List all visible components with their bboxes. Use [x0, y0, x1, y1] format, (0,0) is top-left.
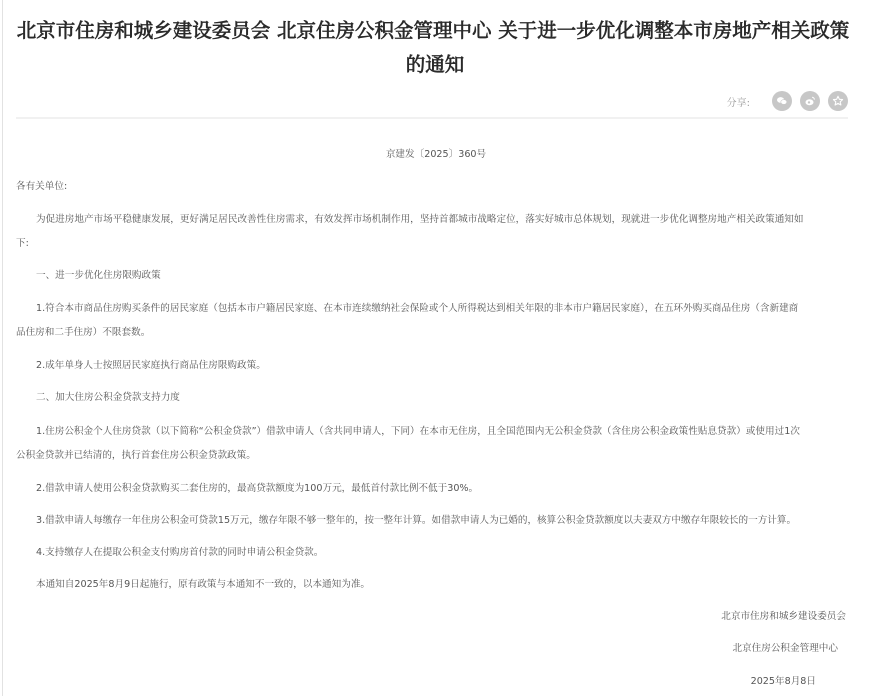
page-title-line1: 北京市住房和城乡建设委员会 北京住房公积金管理中心 关于进一步优化调整本市房地产…	[0, 14, 870, 48]
wechat-icon[interactable]	[772, 91, 792, 111]
share-label: 分享:	[727, 94, 750, 109]
intro-paragraph-line1: 为促进房地产市场平稳健康发展，更好满足居民改善性住房需求，有效发挥市场机制作用，…	[16, 208, 856, 232]
page-title: 北京市住房和城乡建设委员会 北京住房公积金管理中心 关于进一步优化调整本市房地产…	[0, 14, 870, 82]
section2-item1-line1: 1.住房公积金个人住房贷款（以下简称“公积金贷款”）借款申请人（含共同申请人，下…	[16, 420, 856, 444]
section1-item1-line2: 品住房和二手住房）不限套数。	[16, 321, 856, 345]
page-title-line2: 的通知	[0, 48, 870, 82]
section1-item2: 2.成年单身人士按照居民家庭执行商品住房限购政策。	[16, 354, 856, 378]
signature-issuer2: 北京住房公积金管理中心	[732, 640, 838, 654]
share-bar: 分享:	[727, 90, 848, 112]
signature-date: 2025年8月8日	[751, 673, 816, 687]
section2-item4: 4.支持缴存人在提取公积金支付购房首付款的同时申请公积金贷款。	[16, 541, 856, 565]
document-number: 京建发〔2025〕360号	[16, 143, 856, 167]
section2-item1-line2: 公积金贷款并已结清的，执行首套住房公积金贷款政策。	[16, 444, 856, 468]
signature-issuer1: 北京市住房和城乡建设委员会	[721, 608, 846, 622]
weibo-icon[interactable]	[800, 91, 820, 111]
left-border-rule	[2, 0, 3, 696]
section1-heading: 一、进一步优化住房限购政策	[16, 264, 856, 288]
effective-date-notice: 本通知自2025年8月9日起施行，原有政策与本通知不一致的，以本通知为准。	[16, 573, 856, 597]
title-divider	[16, 117, 848, 119]
salutation: 各有关单位:	[16, 175, 856, 199]
section2-item2: 2.借款申请人使用公积金贷款购买二套住房的，最高贷款额度为100万元，最低首付款…	[16, 477, 856, 501]
favorite-icon[interactable]	[828, 91, 848, 111]
section2-item3: 3.借款申请人每缴存一年住房公积金可贷款15万元，缴存年限不够一整年的，按一整年…	[16, 509, 856, 533]
section2-heading: 二、加大住房公积金贷款支持力度	[16, 386, 856, 410]
intro-paragraph-line2: 下:	[16, 232, 856, 256]
section1-item1-line1: 1.符合本市商品住房购买条件的居民家庭（包括本市户籍居民家庭、在本市连续缴纳社会…	[16, 297, 856, 321]
